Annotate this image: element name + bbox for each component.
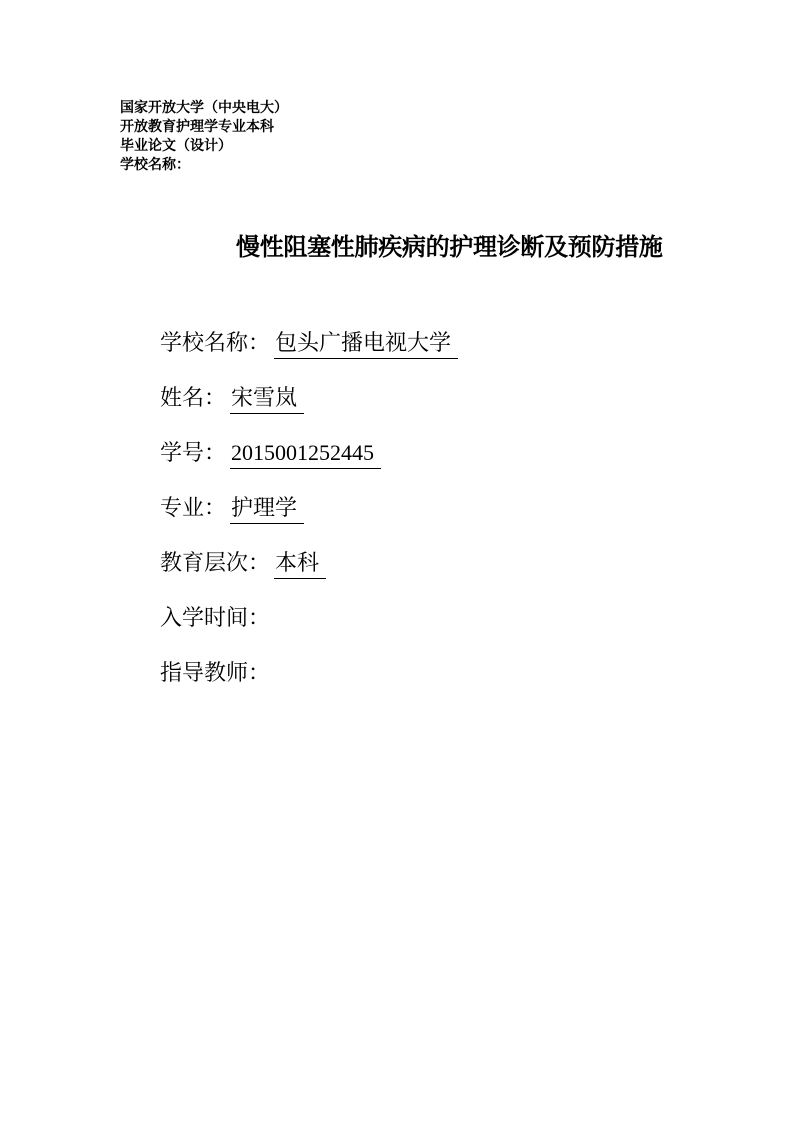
field-value-student-id: 2015001252445 xyxy=(230,439,381,469)
header-line-school-name: 学校名称： xyxy=(120,155,288,174)
field-row-school-name: 学校名称：包头广播电视大学 xyxy=(160,315,458,370)
field-label-advisor: 指导教师： xyxy=(160,645,270,700)
field-row-student-id: 学号：2015001252445 xyxy=(160,425,458,480)
field-row-major: 专业：护理学 xyxy=(160,480,458,535)
field-label-name: 姓名： xyxy=(160,370,226,425)
field-row-name: 姓名：宋雪岚 xyxy=(160,370,458,425)
field-label-enrollment-time: 入学时间： xyxy=(160,590,270,645)
field-row-enrollment-time: 入学时间： xyxy=(160,590,458,645)
field-row-advisor: 指导教师： xyxy=(160,645,458,700)
header-line-university: 国家开放大学（中央电大） xyxy=(120,98,288,117)
header-block: 国家开放大学（中央电大） 开放教育护理学专业本科 毕业论文（设计） 学校名称： xyxy=(120,98,288,174)
fields-block: 学校名称：包头广播电视大学 姓名：宋雪岚 学号：2015001252445 专业… xyxy=(160,315,458,700)
field-row-education-level: 教育层次：本科 xyxy=(160,535,458,590)
field-value-name: 宋雪岚 xyxy=(230,384,304,414)
field-value-major: 护理学 xyxy=(230,494,304,524)
header-line-thesis-type: 毕业论文（设计） xyxy=(120,136,288,155)
field-label-school-name: 学校名称： xyxy=(160,315,270,370)
document-page: 国家开放大学（中央电大） 开放教育护理学专业本科 毕业论文（设计） 学校名称： … xyxy=(0,0,793,1122)
page-title: 慢性阻塞性肺疾病的护理诊断及预防措施 xyxy=(236,227,663,262)
header-line-program: 开放教育护理学专业本科 xyxy=(120,117,288,136)
field-value-education-level: 本科 xyxy=(274,549,326,579)
field-label-education-level: 教育层次： xyxy=(160,535,270,590)
field-label-major: 专业： xyxy=(160,480,226,535)
field-label-student-id: 学号： xyxy=(160,425,226,480)
field-value-school-name: 包头广播电视大学 xyxy=(274,329,458,359)
